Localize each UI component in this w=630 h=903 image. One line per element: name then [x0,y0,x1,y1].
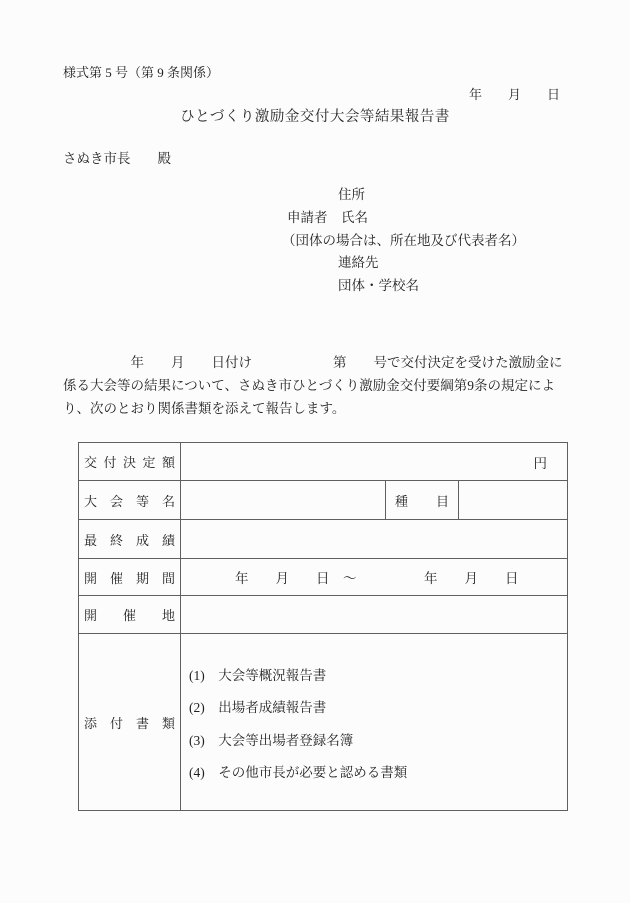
grant-amount-unit: 円 [534,456,548,471]
final-result-field [181,520,568,559]
venue-label: 開催地 [79,605,180,624]
event-name-field [181,481,386,520]
applicant-block: 住所 申請者 氏名 （団体の場合は、所在地及び代表者名） 連絡先 団体・学校名 [287,184,525,298]
table-row-attachments: 添付書類 (1) 大会等概況報告書 (2) 出場者成績報告書 (3) 大会等出場… [79,634,568,811]
applicant-name-line: 申請者 氏名 [287,207,525,230]
body-paragraph: 年 月 日付け 第 号で交付決定を受けた激励金に 係る大会等の結果について、さぬ… [63,351,575,420]
period-field: 年 月 日 ～ 年 月 日 [181,559,568,596]
period-label: 開催期間 [79,568,180,587]
table-row-grant-amount: 交付決定額 円 [79,443,568,481]
page-title: ひとづくり激励金交付大会等結果報告書 [0,105,630,126]
attachment-item: (4) その他市長が必要と認める書類 [189,757,567,790]
venue-field [181,596,568,634]
grant-amount-label: 交付決定額 [79,452,180,471]
date-line: 年 月 日 [469,86,560,104]
table-row-event-name: 大会等名 種目 [79,481,568,520]
applicant-address-label: 住所 [287,184,525,207]
table-row-final-result: 最終成績 [79,520,568,559]
event-category-label: 種目 [386,491,458,510]
grant-amount-field: 円 [181,443,568,481]
table-row-period: 開催期間 年 月 日 ～ 年 月 日 [79,559,568,596]
attachments-label: 添付書類 [79,713,180,732]
attachment-item: (3) 大会等出場者登録名簿 [189,725,567,758]
applicant-org-label: 団体・学校名 [287,275,525,298]
body-line: り、次のとおり関係書類を添えて報告します。 [63,397,575,420]
form-number: 様式第 5 号（第 9 条関係） [63,62,219,81]
body-line: 年 月 日付け 第 号で交付決定を受けた激励金に [63,351,575,374]
attachment-item: (2) 出場者成績報告書 [189,692,567,725]
report-table: 交付決定額 円 大会等名 種目 最終成績 開催期間 年 月 日 ～ 年 月 日 … [78,442,568,811]
event-name-label: 大会等名 [79,491,180,510]
event-category-field [459,481,568,520]
body-line: 係る大会等の結果について、さぬき市ひとづくり激励金交付要綱第9条の規定によ [63,374,575,397]
table-row-venue: 開催地 [79,596,568,634]
final-result-label: 最終成績 [79,530,180,549]
document-page: 様式第 5 号（第 9 条関係） 年 月 日 ひとづくり激励金交付大会等結果報告… [0,0,630,903]
addressee-line: さぬき市長 殿 [63,147,171,167]
applicant-contact-label: 連絡先 [287,252,525,275]
attachment-item: (1) 大会等概況報告書 [189,660,567,693]
attachments-field: (1) 大会等概況報告書 (2) 出場者成績報告書 (3) 大会等出場者登録名簿… [181,634,568,811]
attachments-list: (1) 大会等概況報告書 (2) 出場者成績報告書 (3) 大会等出場者登録名簿… [181,655,567,790]
applicant-group-note: （団体の場合は、所在地及び代表者名） [282,230,525,253]
